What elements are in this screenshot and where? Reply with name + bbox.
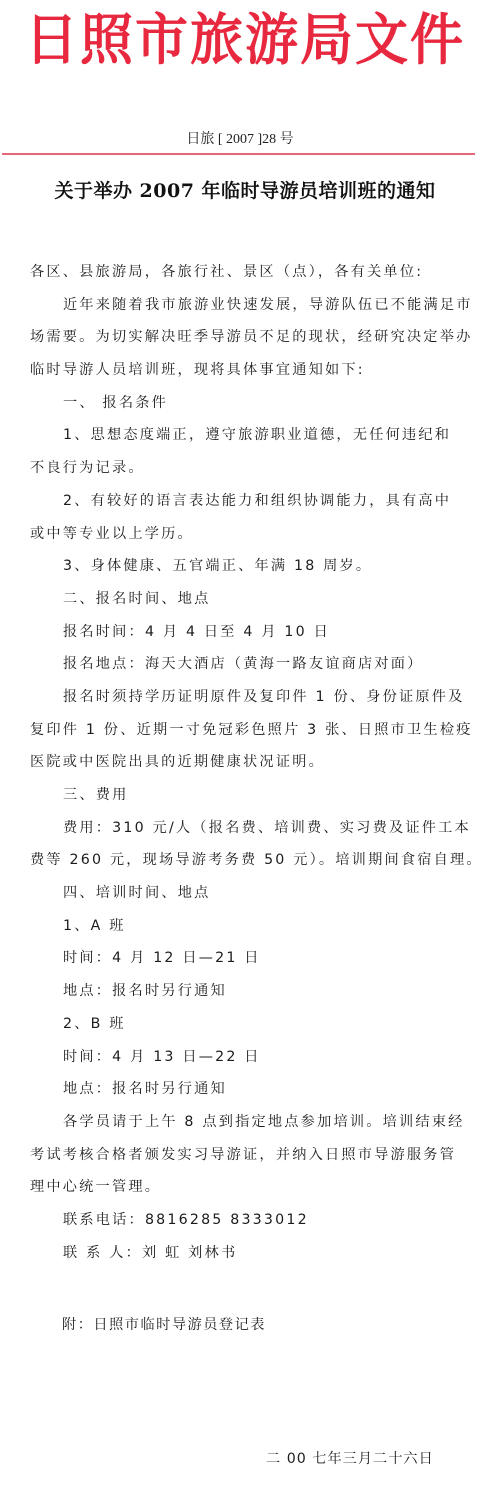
- class-a-label: 1、A 班: [30, 910, 470, 943]
- intro-line: 临时导游人员培训班，现将具体事宜通知如下:: [30, 354, 470, 387]
- class-b-time: 时间：4 月 13 日—22 日: [30, 1041, 470, 1074]
- contact-phone: 联系电话：8816285 8333012: [30, 1204, 470, 1237]
- registration-requirements: 复印件 1 份、近期一寸免冠彩色照片 3 张、日照市卫生检疫: [30, 714, 470, 747]
- section-heading-requirements: 一、 报名条件: [30, 387, 470, 420]
- class-a-place: 地点：报名时另行通知: [30, 975, 470, 1008]
- notice-title: 关于举办 2007 年临时导游员培训班的通知: [0, 176, 490, 206]
- requirement-item: 2、有较好的语言表达能力和组织协调能力，具有高中: [30, 485, 470, 518]
- registration-time: 报名时间：4 月 4 日至 4 月 10 日: [30, 616, 470, 649]
- class-b-place: 地点：报名时另行通知: [30, 1073, 470, 1106]
- closing-text: 理中心统一管理。: [30, 1171, 470, 1204]
- section-heading-training: 四、培训时间、地点: [30, 877, 470, 910]
- closing-text: 考试考核合格者颁发实习导游证，并纳入日照市导游服务管: [30, 1139, 470, 1172]
- registration-requirements: 报名时须持学历证明原件及复印件 1 份、身份证原件及: [30, 681, 470, 714]
- closing-text: 各学员请于上午 8 点到指定地点参加培训。培训结束经: [30, 1106, 470, 1139]
- salutation: 各区、县旅游局，各旅行社、景区（点），各有关单位:: [30, 256, 470, 289]
- document-number: 日旅 [ 2007 ]28 号: [0, 131, 480, 149]
- intro-line: 近年来随着我市旅游业快速发展，导游队伍已不能满足市: [30, 289, 470, 322]
- fee-detail: 费用：310 元/人（报名费、培训费、实习费及证件工本: [30, 812, 470, 845]
- contact-person: 联 系 人：刘 虹 刘林书: [30, 1237, 470, 1270]
- registration-requirements: 医院或中医院出具的近期健康状况证明。: [30, 746, 470, 779]
- section-heading-registration: 二、报名时间、地点: [30, 583, 470, 616]
- requirement-item: 3、身体健康、五官端正、年满 18 周岁。: [30, 550, 470, 583]
- registration-place: 报名地点：海天大酒店（黄海一路友谊商店对面）: [30, 648, 470, 681]
- header-divider: [2, 153, 475, 155]
- document-page: 日照市旅游局文件 日旅 [ 2007 ]28 号 关于举办 2007 年临时导游…: [0, 0, 490, 1498]
- fee-detail: 费等 260 元，现场导游考务费 50 元）。培训期间食宿自理。: [30, 844, 470, 877]
- class-b-label: 2、B 班: [30, 1008, 470, 1041]
- notice-body: 各区、县旅游局，各旅行社、景区（点），各有关单位: 近年来随着我市旅游业快速发展…: [30, 256, 470, 1269]
- requirement-item: 不良行为记录。: [30, 452, 470, 485]
- issue-date: 二 00 七年三月二十六日: [266, 1449, 434, 1469]
- requirement-item: 或中等专业以上学历。: [30, 518, 470, 551]
- class-a-time: 时间：4 月 12 日—21 日: [30, 942, 470, 975]
- intro-line: 场需要。为切实解决旺季导游员不足的现状，经研究决定举办: [30, 321, 470, 354]
- attachment-note: 附：日照市临时导游员登记表: [62, 1315, 266, 1335]
- requirement-item: 1、思想态度端正，遵守旅游职业道德，无任何违纪和: [30, 419, 470, 452]
- section-heading-fees: 三、费用: [30, 779, 470, 812]
- masthead-title: 日照市旅游局文件: [0, 2, 490, 78]
